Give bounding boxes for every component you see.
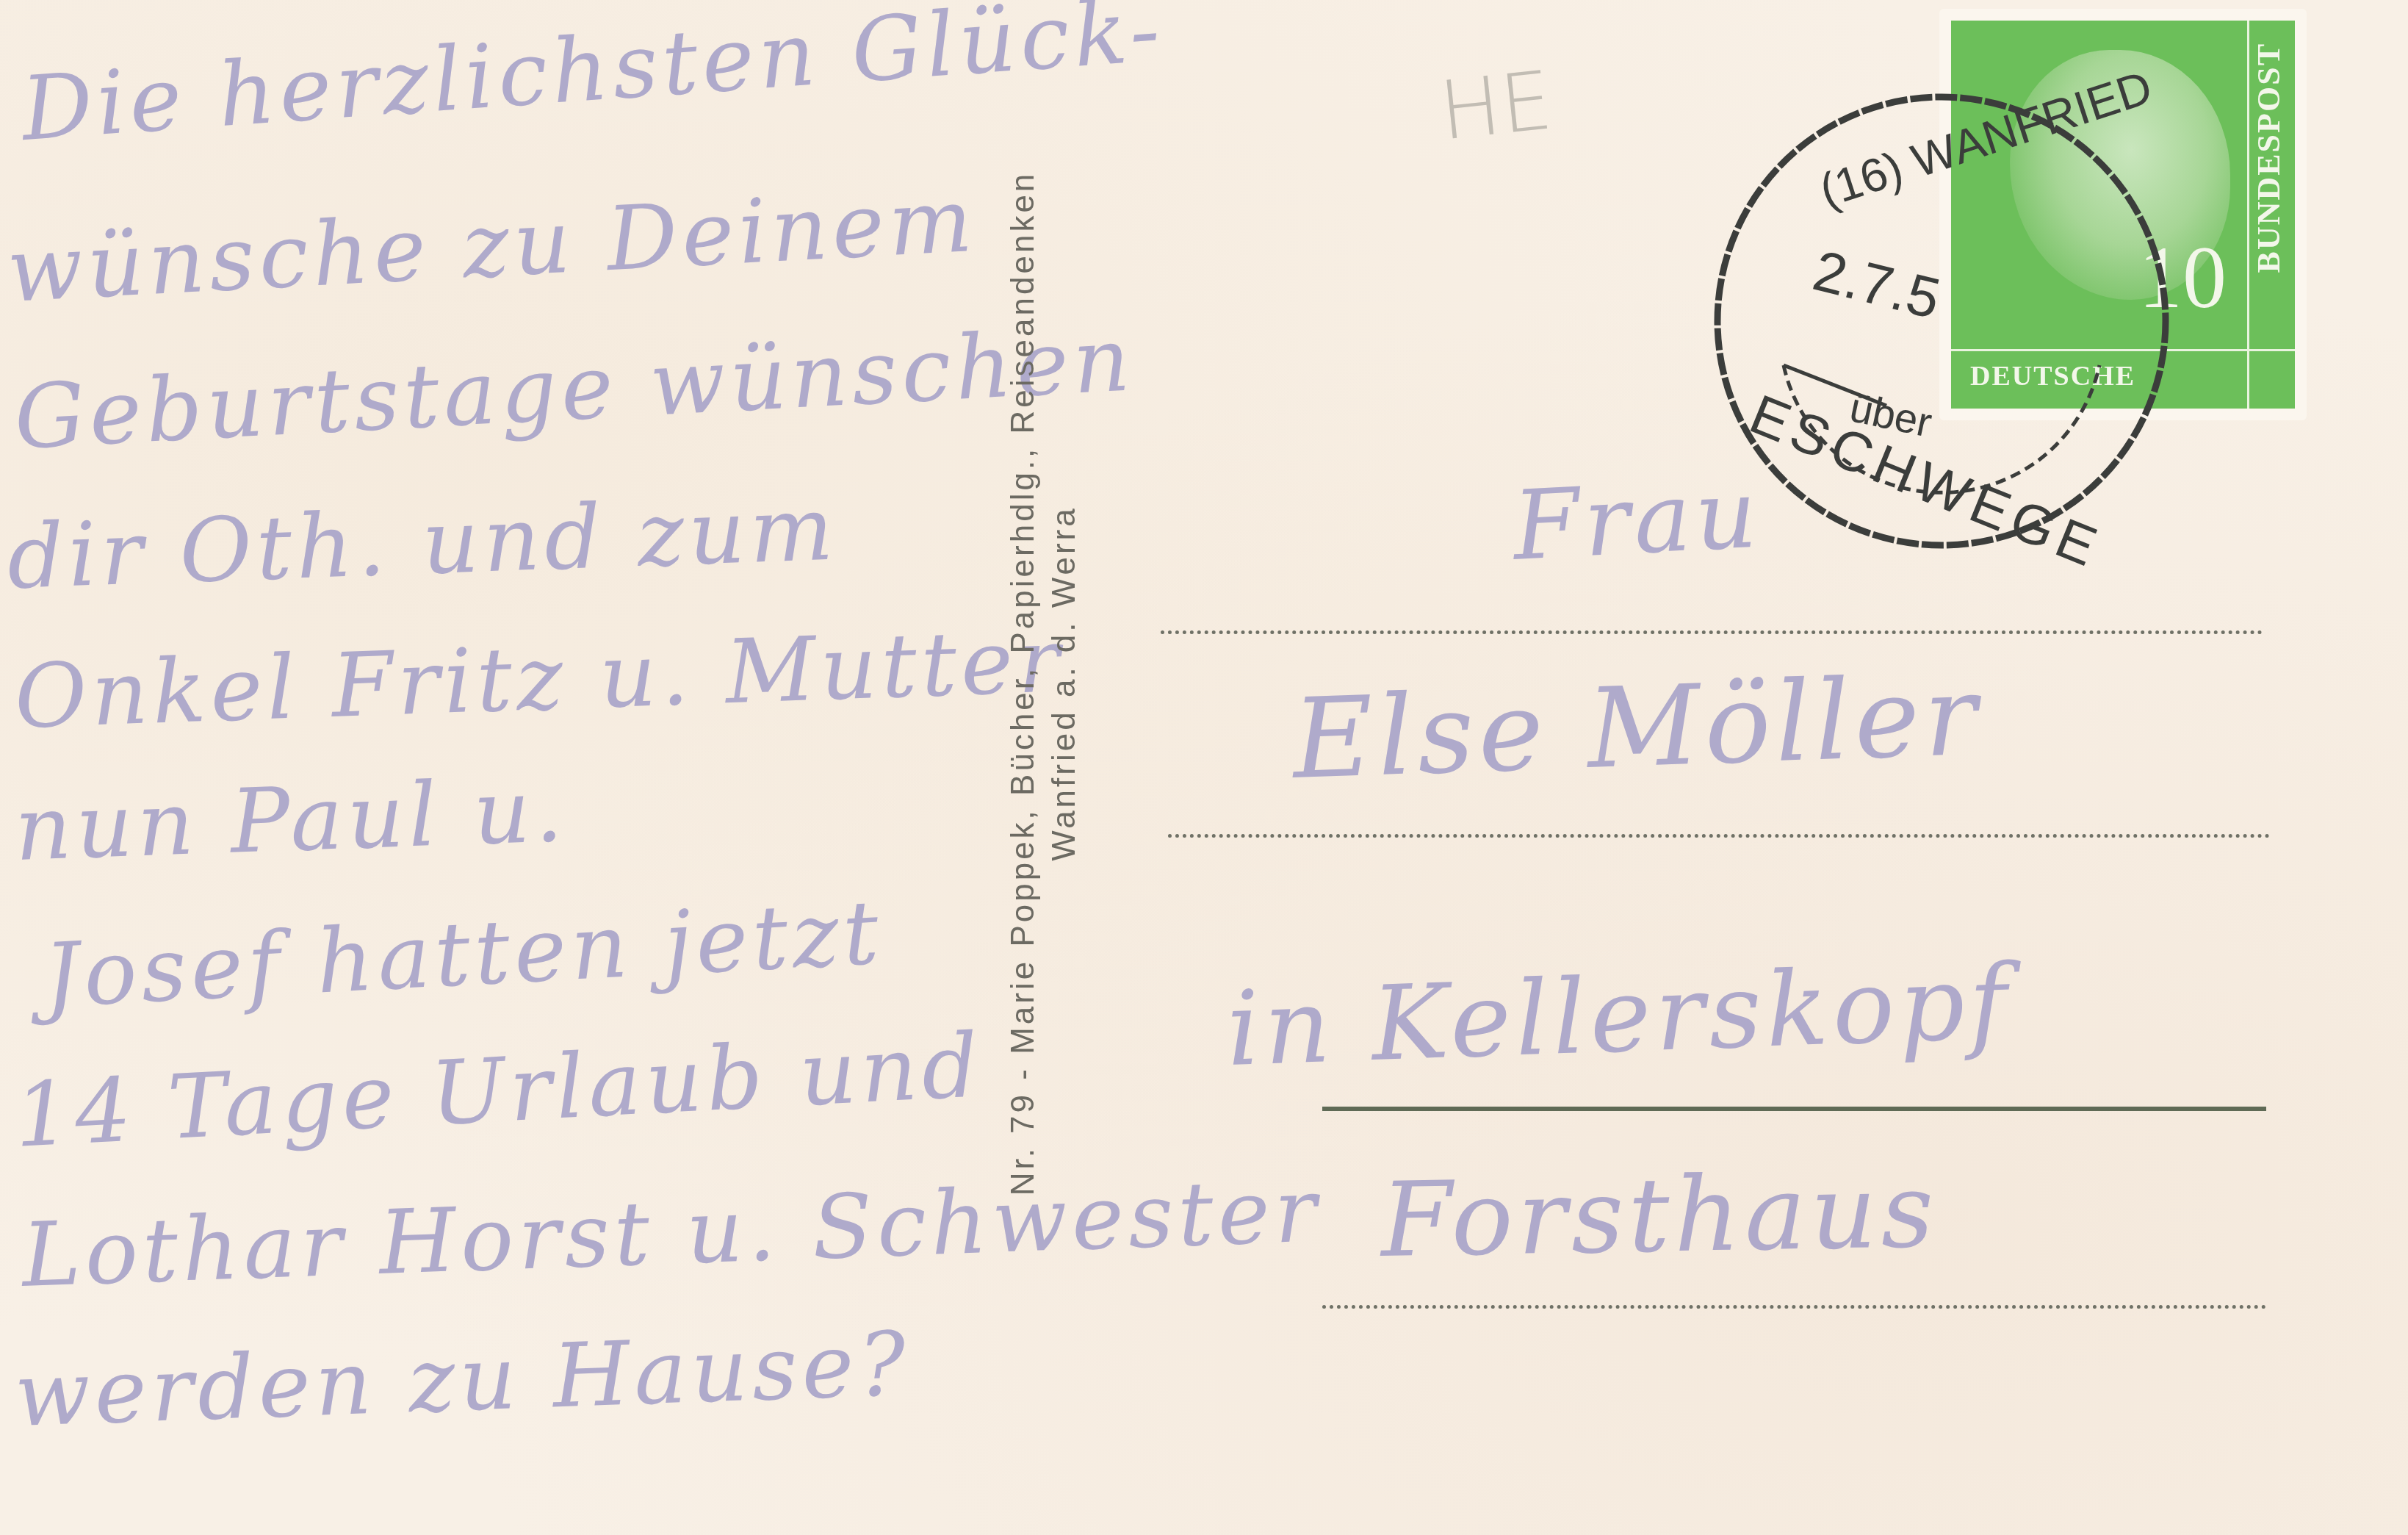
message-line: wünsche zu Deinem (4, 170, 978, 323)
message-line: dir Oth. und zum (6, 478, 840, 609)
address-line: Else Möller (1291, 652, 1983, 804)
pencil-note: HE (1435, 53, 1557, 158)
message-line: Onkel Fritz u. Mutter (13, 610, 1066, 749)
message-line: Geburtstage wünschen (12, 309, 1136, 470)
address-line: in Kellerskopf (1225, 943, 2014, 1090)
message-line: 14 Tage Urlaub und (12, 1015, 985, 1168)
stamp-country-side: BUNDESPOST (2250, 43, 2288, 273)
message-line: Die herzlichsten Glück- (18, 0, 1167, 161)
publisher-imprint: Nr. 79 - Marie Poppek, Bücher, Papierhdl… (1003, 88, 1085, 1279)
address-rule (1168, 834, 2270, 838)
message-line: Josef hatten jetzt (41, 882, 885, 1028)
postmark: (16) WANFRIED 2.7.5 über ESCHWEGE (1703, 82, 2180, 560)
address-rule (1322, 1305, 2266, 1309)
address-rule (1161, 630, 2263, 634)
address-rule (1322, 1107, 2266, 1111)
postcard: Die herzlichsten Glück- wünsche zu Deine… (0, 0, 2408, 1535)
message-line: Lothar Horst u. Schwester (21, 1160, 1323, 1307)
message-line: werden zu Hause? (13, 1313, 912, 1446)
address-line: Forsthaus (1380, 1151, 1939, 1281)
message-line: nun Paul u. (13, 760, 569, 881)
imprint-line-1: Nr. 79 - Marie Poppek, Bücher, Papierhdl… (1003, 88, 1044, 1279)
imprint-line-2: Wanfried a. d. Werra (1044, 88, 1085, 1279)
address-line: Frau (1510, 457, 1764, 581)
